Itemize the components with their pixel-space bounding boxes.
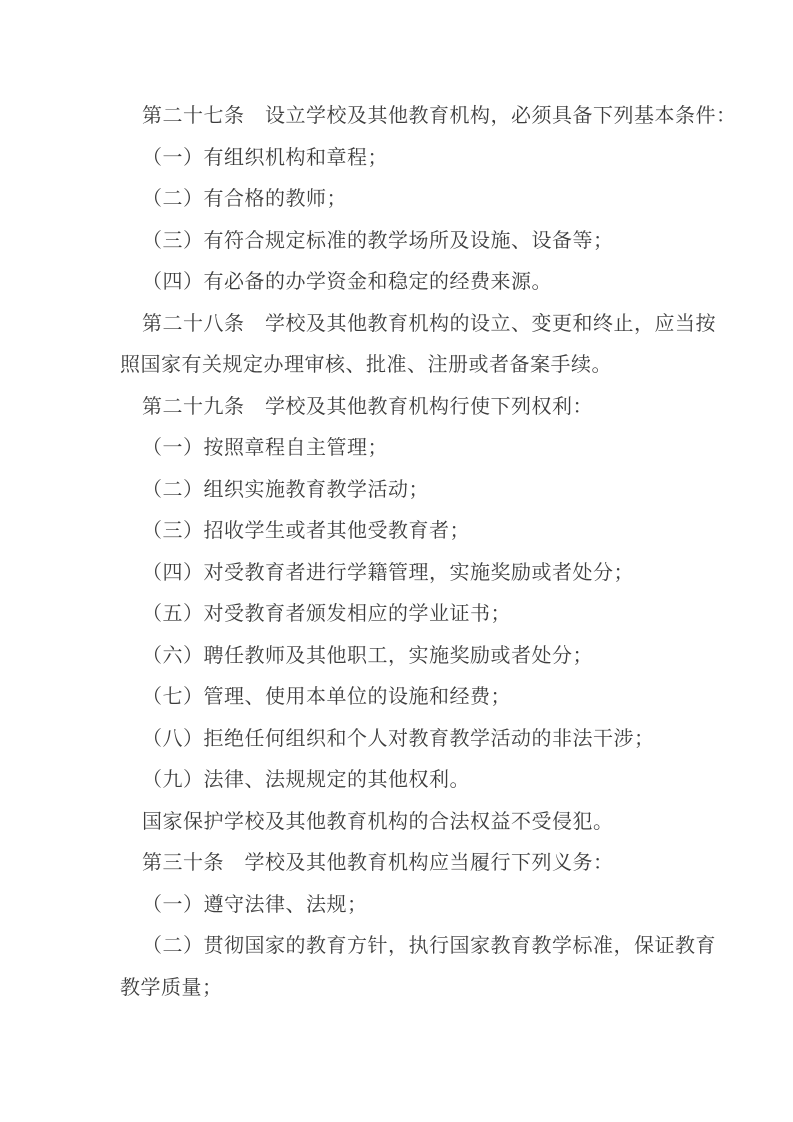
document-line: （四）对受教育者进行学籍管理，实施奖励或者处分； (120, 553, 745, 595)
document-line: （三）有符合规定标准的教学场所及设施、设备等； (120, 221, 745, 263)
document-line: 国家保护学校及其他教育机构的合法权益不受侵犯。 (120, 802, 745, 844)
document-line: （二）贯彻国家的教育方针，执行国家教育教学标准，保证教育 (120, 926, 745, 968)
document-line: （五）对受教育者颁发相应的学业证书； (120, 594, 745, 636)
document-line: （一）遵守法律、法规； (120, 885, 745, 927)
document-line: 教学质量； (120, 968, 745, 1010)
document-line: 第二十七条 设立学校及其他教育机构，必须具备下列基本条件： (120, 96, 745, 138)
document-line: （二）有合格的教师； (120, 179, 745, 221)
document-line: （四）有必备的办学资金和稳定的经费来源。 (120, 262, 745, 304)
document-page: 第二十七条 设立学校及其他教育机构，必须具备下列基本条件： （一）有组织机构和章… (0, 0, 793, 1122)
document-line: （九）法律、法规规定的其他权利。 (120, 760, 745, 802)
document-line: 第三十条 学校及其他教育机构应当履行下列义务： (120, 843, 745, 885)
document-line: 第二十九条 学校及其他教育机构行使下列权利： (120, 387, 745, 429)
document-line: （八）拒绝任何组织和个人对教育教学活动的非法干涉； (120, 719, 745, 761)
document-line: （三）招收学生或者其他受教育者； (120, 511, 745, 553)
document-line: （一）有组织机构和章程； (120, 138, 745, 180)
document-line: （六）聘任教师及其他职工，实施奖励或者处分； (120, 636, 745, 678)
document-line: （一）按照章程自主管理； (120, 428, 745, 470)
document-line: （七）管理、使用本单位的设施和经费； (120, 677, 745, 719)
document-line: （二）组织实施教育教学活动； (120, 470, 745, 512)
document-line: 照国家有关规定办理审核、批准、注册或者备案手续。 (120, 345, 745, 387)
document-text-block: 第二十七条 设立学校及其他教育机构，必须具备下列基本条件： （一）有组织机构和章… (120, 96, 745, 1009)
document-line: 第二十八条 学校及其他教育机构的设立、变更和终止，应当按 (120, 304, 745, 346)
